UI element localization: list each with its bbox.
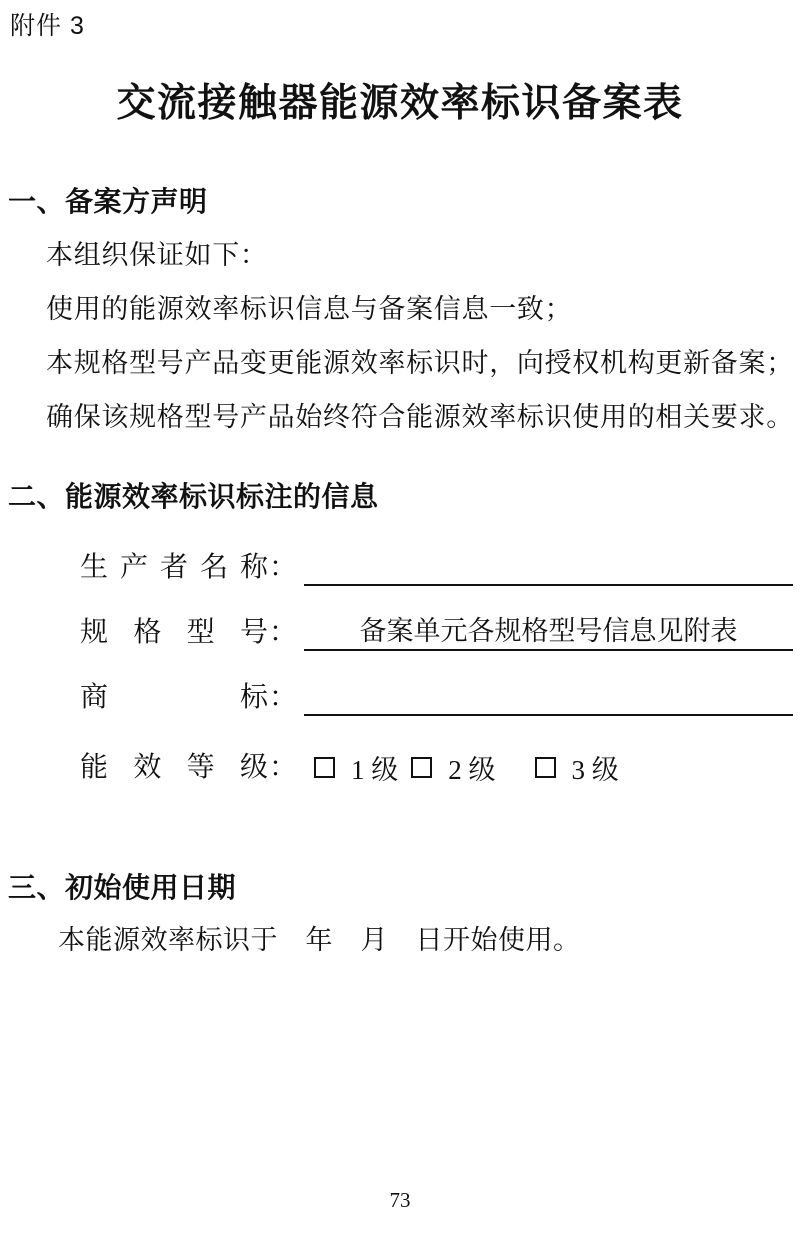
grade-option-3: 3 级 [535, 748, 619, 787]
section1-declaration: 本组织保证如下： 使用的能源效率标识信息与备案信息一致； 本规格型号产品变更能源… [46, 228, 800, 444]
colon: ： [268, 680, 298, 716]
field-row-producer-name: 生产者名称 ： [80, 548, 793, 586]
grade-1-checkbox[interactable] [314, 757, 335, 778]
page-number: 73 [0, 1188, 800, 1213]
spec-model-label: 规格型号 [80, 615, 268, 651]
document-page: 附件 3 交流接触器能源效率标识备案表 一、备案方声明 本组织保证如下： 使用的… [0, 0, 800, 1237]
attachment-label: 附件 3 [10, 6, 85, 42]
spec-model-blank[interactable]: 备案单元各规格型号信息见附表 [304, 613, 793, 651]
initial-use-date-sentence: 本能源效率标识于 年 月 日开始使用。 [58, 918, 581, 957]
colon: ： [268, 615, 298, 651]
grade-option-2: 2 级 [411, 748, 495, 787]
trademark-blank[interactable] [304, 678, 793, 716]
grade-options: 1 级 2 级 3 级 [314, 748, 793, 786]
section1-heading: 一、备案方声明 [8, 180, 208, 220]
declaration-line-3: 本规格型号产品变更能源效率标识时，向授权机构更新备案； [46, 336, 800, 390]
field-row-trademark: 商标 ： [80, 678, 793, 716]
field-row-efficiency-grade: 能效等级 ： 1 级 2 级 3 级 [80, 748, 793, 786]
colon: ： [268, 550, 298, 586]
colon: ： [268, 750, 298, 786]
grade-2-label: 2 级 [448, 748, 495, 787]
declaration-line-4: 确保该规格型号产品始终符合能源效率标识使用的相关要求。 [46, 390, 800, 444]
declaration-line-1: 本组织保证如下： [46, 228, 800, 282]
page-title: 交流接触器能源效率标识备案表 [0, 72, 800, 128]
efficiency-grade-label: 能效等级 [80, 750, 268, 786]
declaration-line-2: 使用的能源效率标识信息与备案信息一致； [46, 282, 800, 336]
section2-heading: 二、能源效率标识标注的信息 [8, 475, 379, 515]
grade-3-label: 3 级 [572, 748, 619, 787]
grade-option-1: 1 级 [314, 748, 398, 787]
grade-1-label: 1 级 [351, 748, 398, 787]
grade-3-checkbox[interactable] [535, 757, 556, 778]
grade-2-checkbox[interactable] [411, 757, 432, 778]
section3-heading: 三、初始使用日期 [8, 866, 236, 906]
producer-name-blank[interactable] [304, 548, 793, 586]
field-row-spec-model: 规格型号 ： 备案单元各规格型号信息见附表 [80, 613, 793, 651]
producer-name-label: 生产者名称 [80, 550, 268, 586]
trademark-label: 商标 [80, 680, 268, 716]
